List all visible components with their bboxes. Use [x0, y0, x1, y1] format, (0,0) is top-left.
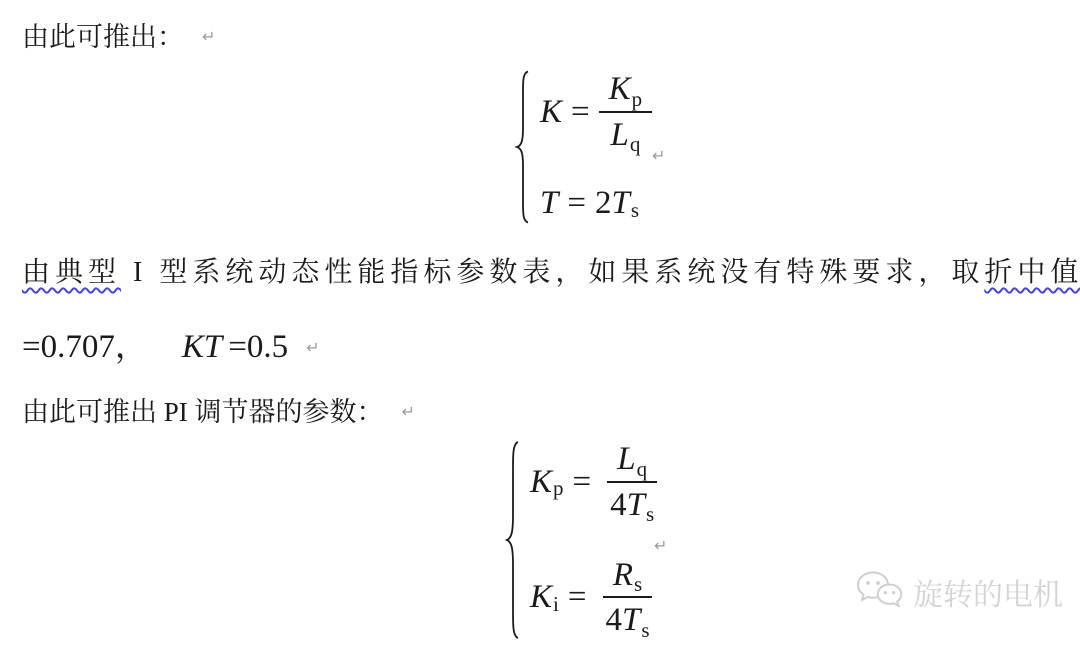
- eq2-row1-num-sub: q: [637, 457, 648, 481]
- eq2-row1-lhs-sub: p: [553, 478, 564, 499]
- eq1-den-sub: q: [630, 132, 641, 156]
- eq2-row2-lhs: K: [530, 579, 552, 616]
- eq1-lhs: K: [540, 94, 562, 131]
- eq1-denominator: Lq: [600, 113, 650, 153]
- eq2-row2-equals: =: [568, 579, 587, 616]
- eq2-row1-den-coef: 4: [610, 487, 627, 523]
- equation-2-row-2: Ki = Rs 4Ts: [530, 558, 664, 638]
- eq2-row2-denominator: 4Ts: [595, 598, 659, 638]
- eq2-row1-den-sub: s: [646, 502, 654, 526]
- eq1-row2-coef: 2: [595, 185, 612, 222]
- wechat-icon: [856, 570, 904, 614]
- equation-2-row-1: Kp = Lq 4Ts: [530, 442, 664, 522]
- intro-text: 由此可推出：: [22, 22, 184, 52]
- eq1-numerator: Kp: [599, 72, 653, 113]
- eq2-row1-numerator: Lq: [607, 442, 657, 483]
- eq2-row2-lhs-sub: i: [553, 594, 559, 615]
- intro-line: 由此可推出：↵: [22, 15, 215, 54]
- equation-system-1: K = Kp Lq T = 2Ts ↵: [514, 70, 652, 224]
- eq1-fraction: Kp Lq: [599, 72, 653, 152]
- eq1-equals: =: [571, 94, 590, 131]
- eq2-row2-num-base: R: [613, 557, 633, 593]
- eq2-row1-den-base: T: [627, 487, 645, 523]
- equation-system-2: Kp = Lq 4Ts Ki = Rs 4Ts ↵: [504, 440, 664, 640]
- equation-1-row-1: K = Kp Lq: [540, 72, 652, 152]
- result-pre: =0.707，: [22, 329, 148, 365]
- eq2-row2-den-coef: 4: [605, 602, 622, 638]
- equation-1-lines: K = Kp Lq T = 2Ts: [540, 70, 652, 224]
- left-brace-icon: [504, 440, 522, 640]
- line-break-mark: ↵: [306, 338, 319, 357]
- eq1-row2-sub: s: [631, 200, 639, 221]
- result-kt: KT: [182, 329, 222, 365]
- eq2-row1-num-base: L: [617, 441, 635, 477]
- line-break-mark: ↵: [402, 402, 415, 421]
- eq2-row1-lhs: K: [530, 464, 552, 501]
- watermark-label: 旋转的电机: [913, 570, 1063, 614]
- result-post: =0.5: [228, 329, 288, 365]
- document-page: 由此可推出：↵ K = Kp Lq T = 2Ts ↵ 由典型 I 型系统动态: [0, 0, 1080, 645]
- result-line: =0.707，KT=0.5↵: [22, 320, 320, 367]
- watermark: 旋转的电机: [856, 570, 1063, 614]
- eq1-num-base: K: [609, 71, 631, 107]
- eq1-row2-equals: =: [567, 185, 586, 222]
- pi-text: 由此可推出 PI 调节器的参数：: [22, 397, 384, 427]
- line-break-mark: ↵: [202, 27, 215, 46]
- eq1-row2-lhs: T: [540, 185, 558, 222]
- eq2-row1-denominator: 4Ts: [600, 483, 664, 523]
- line-break-mark: ↵: [652, 146, 665, 165]
- eq2-row2-numerator: Rs: [603, 558, 652, 599]
- line-break-mark: ↵: [654, 536, 667, 555]
- eq2-row2-den-sub: s: [641, 618, 649, 642]
- equation-1-row-2: T = 2Ts: [540, 185, 652, 222]
- left-brace-icon: [514, 70, 532, 224]
- pi-line: 由此可推出 PI 调节器的参数：↵: [22, 390, 415, 429]
- equation-2-lines: Kp = Lq 4Ts Ki = Rs 4Ts: [530, 440, 664, 640]
- eq1-row2-base: T: [611, 185, 629, 222]
- grammar-squiggle-text: 折中值: [984, 257, 1080, 288]
- eq1-den-base: L: [610, 117, 628, 153]
- eq2-row2-num-sub: s: [634, 572, 642, 596]
- eq2-row1-fraction: Lq 4Ts: [600, 442, 664, 522]
- body-text: I 型系统动态性能指标参数表，如果系统没有特殊要求，取: [121, 257, 984, 288]
- eq2-row1-equals: =: [573, 464, 592, 501]
- body-paragraph: 由典型 I 型系统动态性能指标参数表，如果系统没有特殊要求，取折中值ξ: [22, 250, 1080, 290]
- eq2-row2-den-base: T: [622, 602, 640, 638]
- grammar-squiggle-text: 由典型: [22, 257, 121, 288]
- eq2-row2-fraction: Rs 4Ts: [595, 558, 659, 638]
- eq1-num-sub: p: [632, 87, 643, 111]
